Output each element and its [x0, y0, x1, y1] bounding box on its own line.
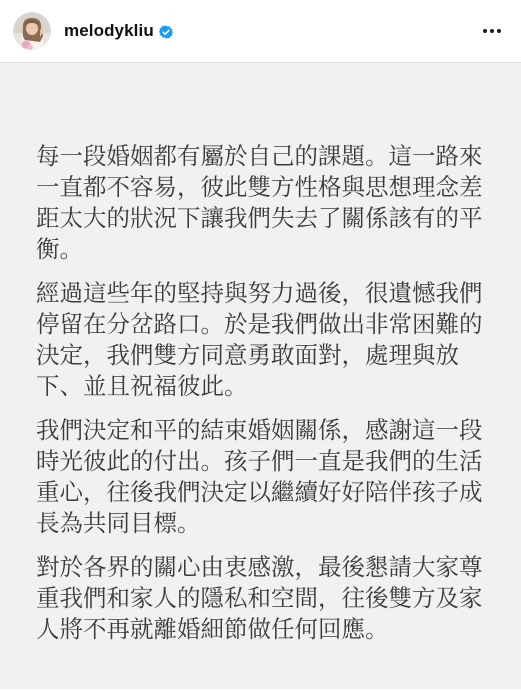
statement-text: 每一段婚姻都有屬於自己的課題。這一路來一直都不容易，彼此雙方性格與思想理念差距太… — [0, 63, 521, 645]
username-link[interactable]: melodykliu — [64, 21, 154, 41]
instagram-post: melodykliu 每一段婚姻都有屬於自己的課題。這一路來一直都不容易，彼此雙… — [0, 0, 521, 690]
dot-icon — [483, 29, 487, 33]
username-wrap: melodykliu — [64, 21, 483, 41]
dot-icon — [497, 29, 501, 33]
statement-paragraph: 經過這些年的堅持與努力過後，很遺憾我們停留在分岔路口。於是我們做出非常困難的決定… — [36, 278, 483, 402]
more-options-button[interactable] — [483, 23, 501, 39]
statement-paragraph: 每一段婚姻都有屬於自己的課題。這一路來一直都不容易，彼此雙方性格與思想理念差距太… — [36, 141, 483, 265]
post-header: melodykliu — [0, 0, 521, 63]
statement-paragraph: 對於各界的關心由衷感激，最後懇請大家尊重我們和家人的隱私和空間，往後雙方及家人將… — [36, 552, 483, 645]
avatar[interactable] — [13, 12, 51, 50]
statement-paragraph: 我們決定和平的結束婚姻關係，感謝這一段時光彼此的付出。孩子們一直是我們的生活重心… — [36, 415, 483, 539]
dot-icon — [490, 29, 494, 33]
post-media[interactable]: 每一段婚姻都有屬於自己的課題。這一路來一直都不容易，彼此雙方性格與思想理念差距太… — [0, 63, 521, 689]
avatar-photo — [13, 12, 51, 50]
verified-badge-icon — [159, 25, 173, 39]
